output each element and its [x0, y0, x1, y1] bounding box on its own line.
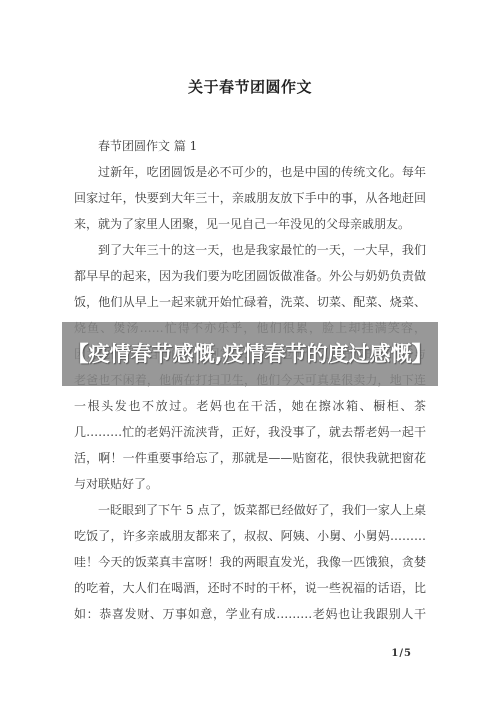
text-line: 到了大年三十的这一天，也是我家最忙的一天，一大早，我们: [74, 237, 426, 263]
text-line: 如：恭喜发财、万事如意，学业有成………老妈也让我跟别人干: [74, 601, 426, 627]
text-line: 活，啊！一件重要事给忘了，那就是——贴窗花，很快我就把窗花: [74, 445, 426, 471]
page-number: 1/5: [391, 648, 412, 659]
text-line: 一根头发也不放过。老妈也在干活，她在擦冰箱、橱柜、茶: [74, 393, 426, 419]
text-line: 几………忙的老妈汗流浃背，正好，我没事了，就去帮老妈一起干: [74, 419, 426, 445]
watermark-overlay-banner[interactable]: 【疫情春节感慨,疫情春节的度过感慨】: [62, 322, 438, 386]
text-line: 一眨眼到了下午 5 点了，饭菜都已经做好了，我们一家人上桌: [74, 497, 426, 523]
text-line: 哇！今天的饭菜真丰富呀！我的两眼直发光，我像一匹饿狼，贪婪: [74, 549, 426, 575]
text-line: 的吃着，大人们在喝酒，还时不时的干杯，说一些祝福的话语，比: [74, 575, 426, 601]
text-line: 吃饭了，许多亲戚朋友都来了，叔叔、阿姨、小舅、小舅妈………: [74, 523, 426, 549]
watermark-overlay-text: 【疫情春节感慨,疫情春节的度过感慨】: [62, 340, 438, 368]
text-line: 与对联贴好了。: [74, 471, 426, 497]
text-line: 都早早的起来，因为我们要为吃团圆饭做准备。外公与奶奶负责做: [74, 263, 426, 289]
text-line: 来，就为了家里人团聚，见一见自己一年没见的父母亲戚朋友。: [74, 211, 426, 237]
text-line: 回家过年，快要到大年三十，亲戚朋友放下手中的事，从各地赶回: [74, 185, 426, 211]
section-heading: 春节团圆作文 篇 1: [74, 133, 426, 159]
text-line: 饭，他们从早上一起来就开始忙碌着，洗菜、切菜、配菜、烧菜、: [74, 289, 426, 315]
page-title: 关于春节团圆作文: [0, 74, 500, 100]
text-line: 过新年，吃团圆饭是必不可少的，也是中国的传统文化。每年: [74, 159, 426, 185]
